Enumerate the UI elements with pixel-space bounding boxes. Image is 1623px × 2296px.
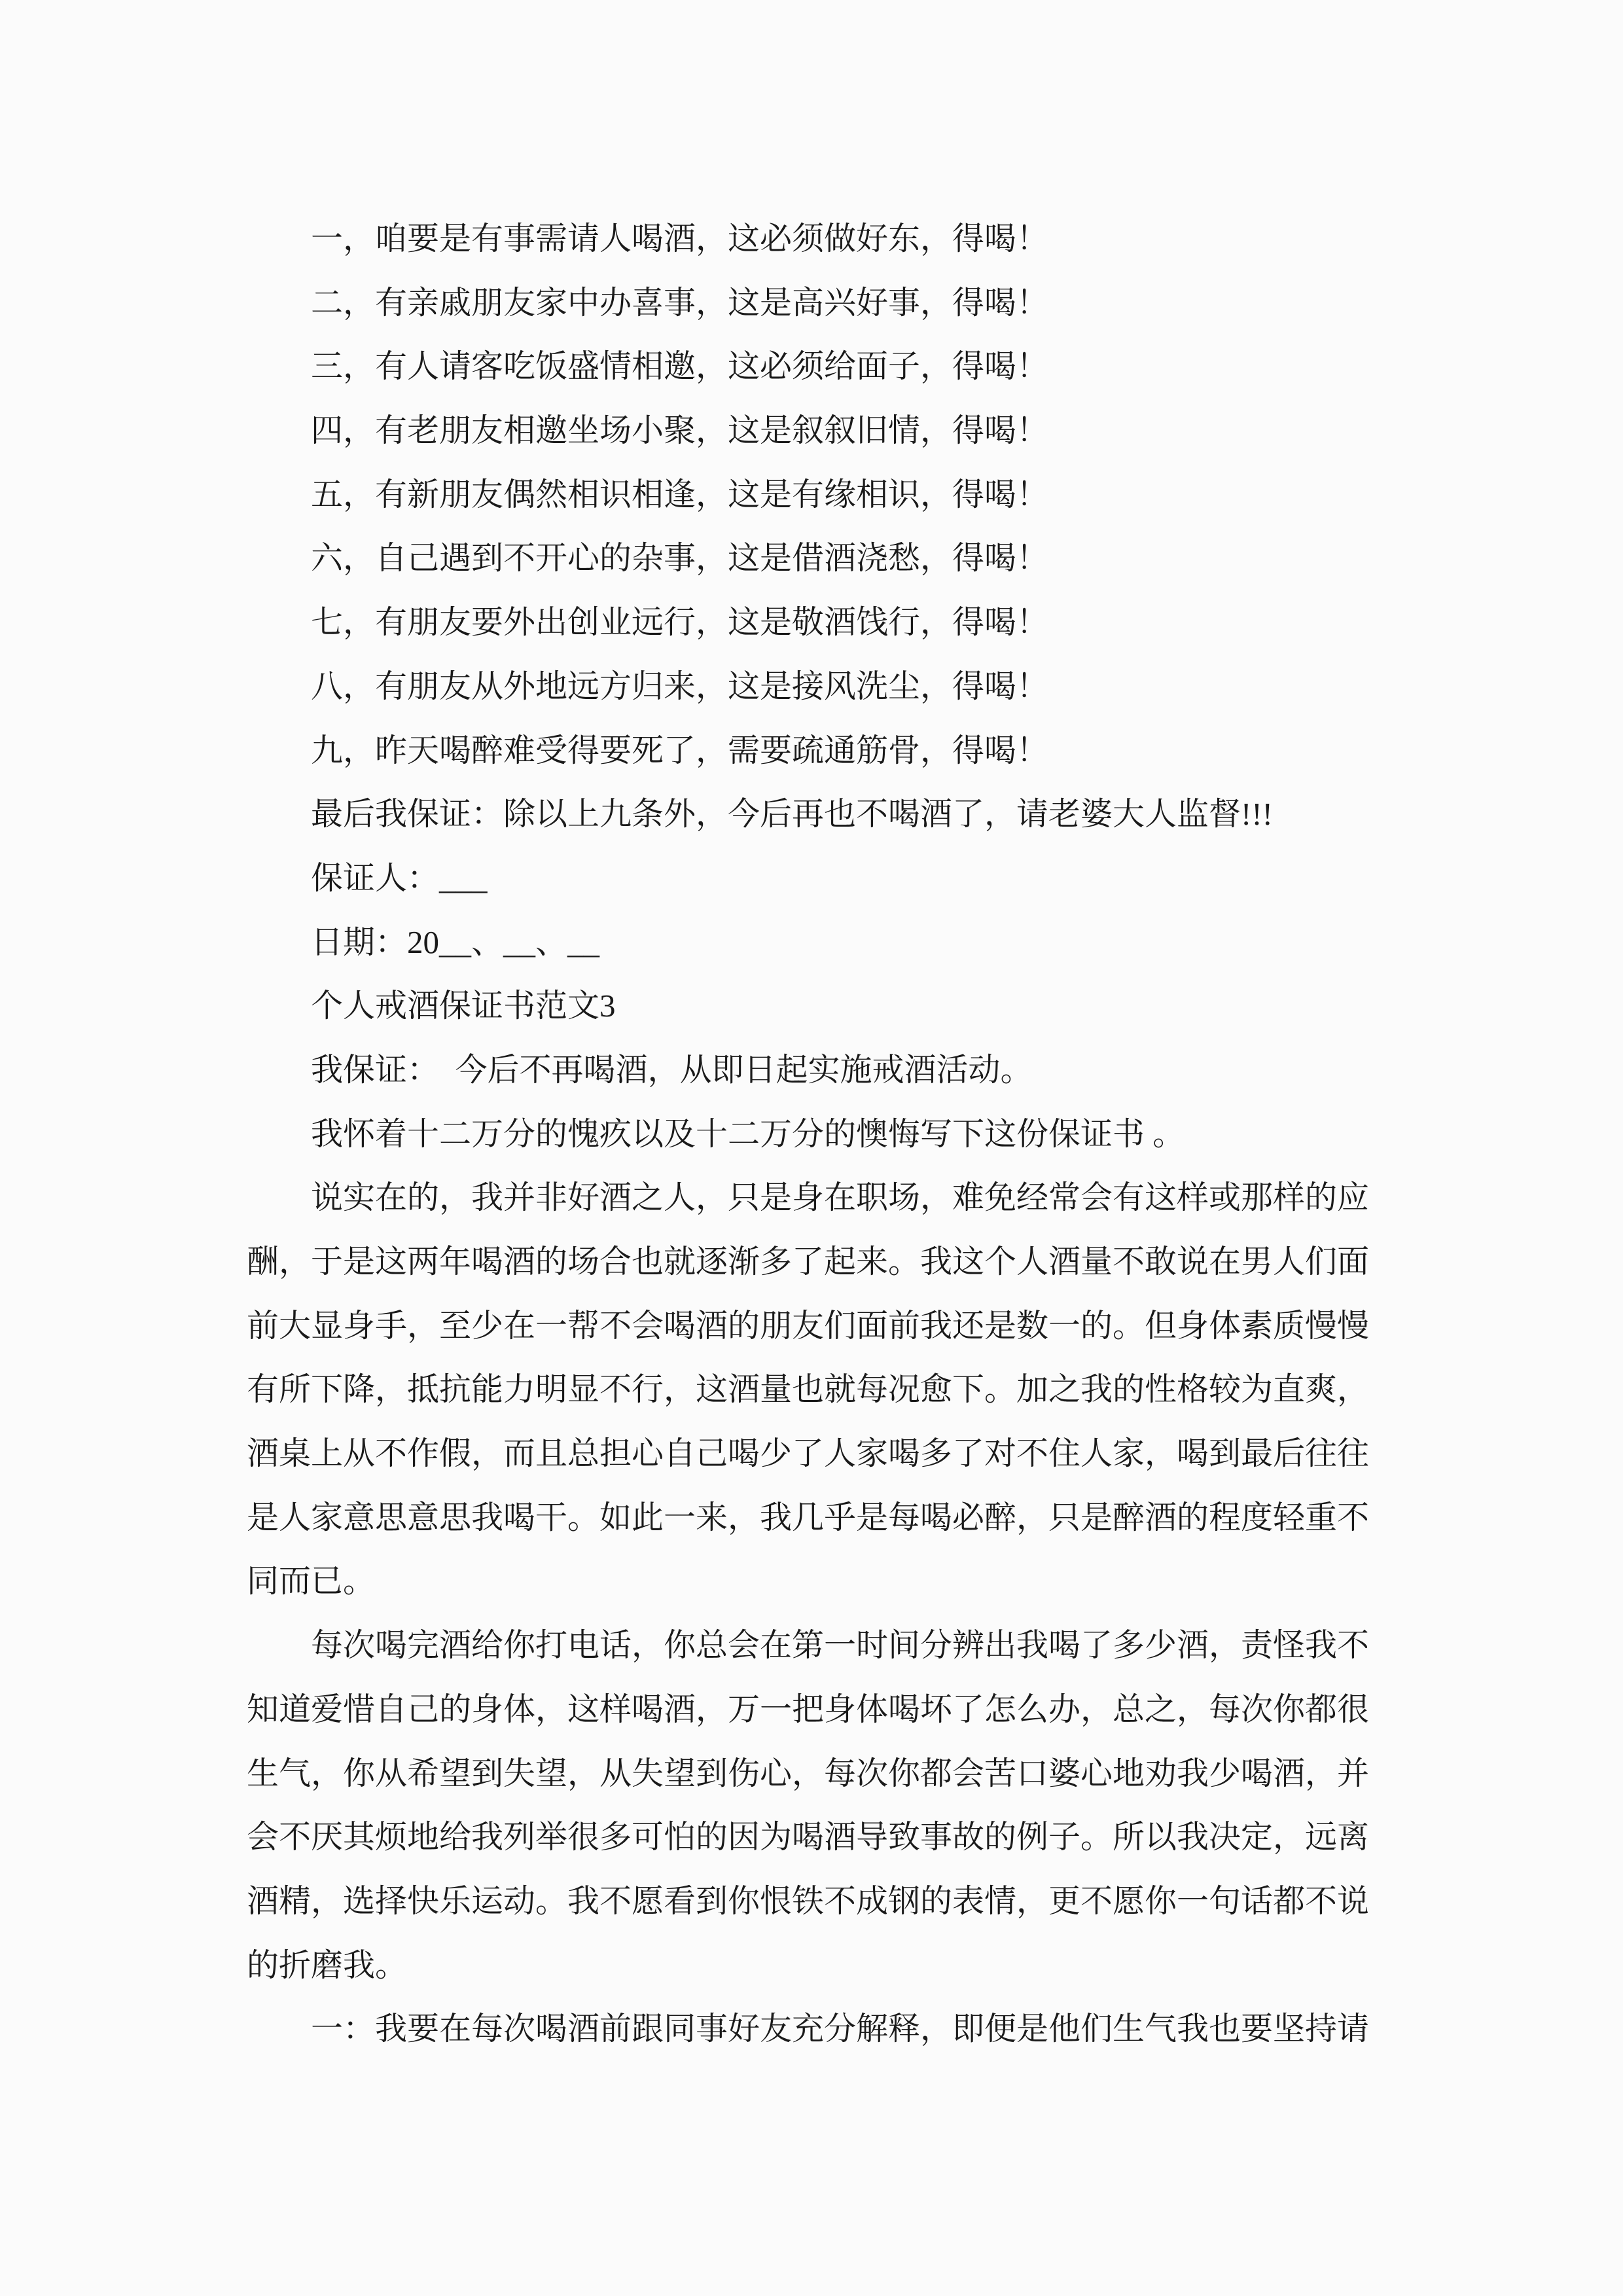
date-line: 日期：20__、__、__	[247, 910, 1399, 975]
document-page: 一，咱要是有事需请人喝酒，这必须做好东，得喝！ 二，有亲戚朋友家中办喜事，这是高…	[0, 0, 1623, 2296]
document-text: 一，咱要是有事需请人喝酒，这必须做好东，得喝！ 二，有亲戚朋友家中办喜事，这是高…	[247, 207, 1399, 2061]
pledge-item: 四，有老朋友相邀坐场小聚，这是叙叙旧情，得喝！	[247, 399, 1399, 463]
signer-line: 保证人：___	[247, 846, 1399, 910]
paragraph-line: 每次喝完酒给你打电话，你总会在第一时间分辨出我喝了多少酒，责怪我不	[247, 1613, 1399, 1677]
paragraph-line: 一：我要在每次喝酒前跟同事好友充分解释，即便是他们生气我也要坚持请	[247, 1997, 1399, 2061]
pledge-item: 二，有亲戚朋友家中办喜事，这是高兴好事，得喝！	[247, 271, 1399, 335]
paragraph-line: 是人家意思意思我喝干。如此一来，我几乎是每喝必醉，只是醉酒的程度轻重不	[247, 1486, 1399, 1550]
final-pledge-line: 最后我保证：除以上九条外，今后再也不喝酒了，请老婆大人监督!!!	[247, 782, 1399, 846]
section-title: 个人戒酒保证书范文3	[247, 974, 1399, 1038]
pledge-item: 七，有朋友要外出创业远行，这是敬酒饯行，得喝！	[247, 590, 1399, 655]
pledge-item: 八，有朋友从外地远方归来，这是接风洗尘，得喝！	[247, 655, 1399, 719]
paragraph-line: 酬，于是这两年喝酒的场合也就逐渐多了起来。我这个人酒量不敢说在男人们面	[247, 1230, 1399, 1294]
pledge-item: 五，有新朋友偶然相识相逢，这是有缘相识，得喝！	[247, 463, 1399, 527]
paragraph-line: 酒桌上从不作假，而且总担心自己喝少了人家喝多了对不住人家，喝到最后往往	[247, 1422, 1399, 1486]
paragraph-line: 同而已。	[247, 1549, 1399, 1613]
pledge-item: 一，咱要是有事需请人喝酒，这必须做好东，得喝！	[247, 207, 1399, 271]
paragraph-line: 知道爱惜自己的身体，这样喝酒，万一把身体喝坏了怎么办，总之，每次你都很	[247, 1677, 1399, 1742]
paragraph-line: 酒精，选择快乐运动。我不愿看到你恨铁不成钢的表情，更不愿你一句话都不说	[247, 1869, 1399, 1933]
paragraph-line: 会不厌其烦地给我列举很多可怕的因为喝酒导致事故的例子。所以我决定，远离	[247, 1805, 1399, 1869]
paragraph-line: 的折磨我。	[247, 1933, 1399, 1998]
paragraph-line: 生气，你从希望到失望，从失望到伤心，每次你都会苦口婆心地劝我少喝酒，并	[247, 1742, 1399, 1806]
paragraph-line: 说实在的，我并非好酒之人，只是身在职场，难免经常会有这样或那样的应	[247, 1166, 1399, 1230]
pledge-item: 九，昨天喝醉难受得要死了，需要疏通筋骨，得喝！	[247, 719, 1399, 783]
promise-line: 我保证： 今后不再喝酒，从即日起实施戒酒活动。	[247, 1038, 1399, 1102]
remorse-line: 我怀着十二万分的愧疚以及十二万分的懊悔写下这份保证书 。	[247, 1102, 1399, 1166]
paragraph-line: 有所下降，抵抗能力明显不行，这酒量也就每况愈下。加之我的性格较为直爽，	[247, 1357, 1399, 1422]
pledge-item: 三，有人请客吃饭盛情相邀，这必须给面子，得喝！	[247, 334, 1399, 399]
pledge-item: 六，自己遇到不开心的杂事，这是借酒浇愁，得喝！	[247, 526, 1399, 590]
paragraph-line: 前大显身手，至少在一帮不会喝酒的朋友们面前我还是数一的。但身体素质慢慢	[247, 1294, 1399, 1358]
